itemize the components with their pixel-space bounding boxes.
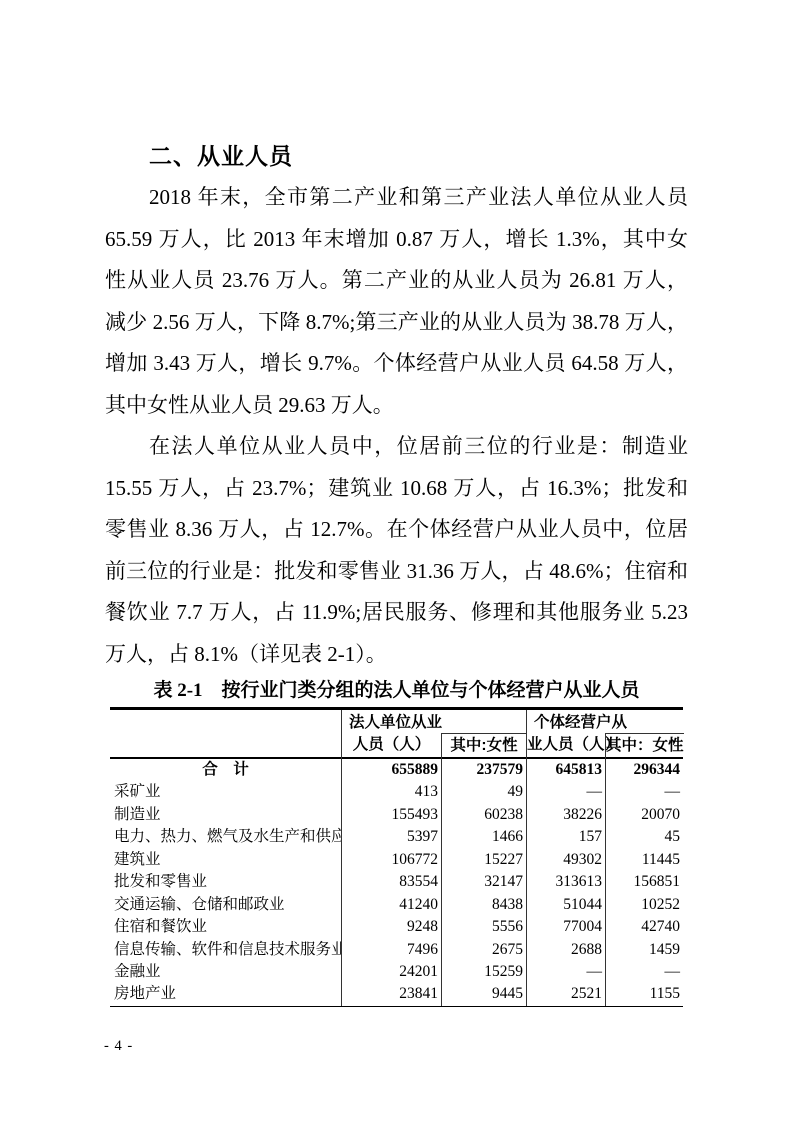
paragraph-line: 餐饮业 7.7 万人，占 11.9%;居民服务、修理和其他服务业 5.23 [105,592,688,634]
cell-value: 7496 [342,939,441,961]
cell-value: 15259 [441,961,526,983]
row-label: 批发和零售业 [110,871,342,893]
table-header: 法人单位从业 人员（人） 其中:女性 个体经营户从 业人员（人） 其中：女性 [110,710,683,759]
cell-value: 51044 [526,894,605,916]
table-body: 合 计655889237579645813296344采矿业41349——制造业… [110,759,683,1007]
employment-table: 法人单位从业 人员（人） 其中:女性 个体经营户从 业人员（人） 其中：女性 合… [110,707,683,1007]
header-self-employed-female: 其中：女性 [605,733,684,759]
body-paragraphs: 2018 年末，全市第二产业和第三产业法人单位从业人员65.59 万人，比 20… [105,177,688,675]
table-row: 住宿和餐饮业924855567700442740 [110,916,683,938]
cell-value: 1459 [605,939,683,961]
paragraph-line: 65.59 万人，比 2013 年末增加 0.87 万人，增长 1.3%，其中女 [105,219,688,261]
cell-value: — [526,961,605,983]
row-label: 建筑业 [110,849,342,871]
cell-value: 77004 [526,916,605,938]
table-row: 信息传输、软件和信息技术服务业7496267526881459 [110,939,683,961]
cell-value: 9445 [441,983,526,1005]
cell-value: 24201 [342,961,441,983]
page-number: - 4 - [104,1038,133,1055]
cell-value: 10252 [605,894,683,916]
paragraph-line: 零售业 8.36 万人，占 12.7%。在个体经营户从业人员中，位居 [105,509,688,551]
cell-value: 9248 [342,916,441,938]
cell-value: 49 [441,781,526,803]
cell-value: 155493 [342,804,441,826]
document-page: 二、从业人员 2018 年末，全市第二产业和第三产业法人单位从业人员65.59 … [0,0,793,1122]
table-row: 电力、热力、燃气及水生产和供应业5397146615745 [110,826,683,848]
table-row: 建筑业106772152274930211445 [110,849,683,871]
cell-value: 23841 [342,983,441,1005]
cell-value: 2675 [441,939,526,961]
header-legal-units-line1: 法人单位从业 [342,710,526,733]
cell-value: 11445 [605,849,683,871]
paragraph-line: 其中女性从业人员 29.63 万人。 [105,385,688,427]
cell-value: 645813 [526,759,605,781]
paragraph-line: 性从业人员 23.76 万人。第二产业的从业人员为 26.81 万人， [105,260,688,302]
header-self-employed-line2: 业人员（人） [527,733,605,759]
paragraph-line: 15.55 万人，占 23.7%；建筑业 10.68 万人，占 16.3%；批发… [105,468,688,510]
cell-value: 1155 [605,983,683,1005]
cell-value: 296344 [605,759,683,781]
table-row: 采矿业41349—— [110,781,683,803]
table-row: 房地产业23841944525211155 [110,983,683,1005]
paragraph-line: 前三位的行业是：批发和零售业 31.36 万人，占 48.6%；住宿和 [105,551,688,593]
row-label: 交通运输、仓储和邮政业 [110,894,342,916]
table-row: 交通运输、仓储和邮政业4124084385104410252 [110,894,683,916]
row-label: 金融业 [110,961,342,983]
header-legal-units-group: 法人单位从业 人员（人） 其中:女性 [342,710,526,759]
cell-value: — [605,781,683,803]
table-title: 表 2-1 按行业门类分组的法人单位与个体经营户从业人员 [105,675,688,707]
cell-value: 156851 [605,871,683,893]
cell-value: 83554 [342,871,441,893]
row-label: 制造业 [110,804,342,826]
table-row: 批发和零售业8355432147313613156851 [110,871,683,893]
section-heading: 二、从业人员 [105,136,688,177]
cell-value: 45 [605,826,683,848]
paragraph-line: 万人，占 8.1%（详见表 2-1）。 [105,634,688,676]
cell-value: 237579 [441,759,526,781]
cell-value: 1466 [441,826,526,848]
paragraph-line: 2018 年末，全市第二产业和第三产业法人单位从业人员 [105,177,688,219]
header-self-employed-group: 个体经营户从 业人员（人） 其中：女性 [526,710,683,759]
cell-value: 60238 [441,804,526,826]
row-label: 信息传输、软件和信息技术服务业 [110,939,342,961]
cell-value: 15227 [441,849,526,871]
row-label: 电力、热力、燃气及水生产和供应业 [110,826,342,848]
paragraph-line: 减少 2.56 万人，下降 8.7%;第三产业的从业人员为 38.78 万人， [105,302,688,344]
header-self-employed-line1: 个体经营户从 [527,710,683,733]
page-content: 二、从业人员 2018 年末，全市第二产业和第三产业法人单位从业人员65.59 … [105,136,688,1007]
table-row: 合 计655889237579645813296344 [110,759,683,781]
row-label: 住宿和餐饮业 [110,916,342,938]
row-label: 房地产业 [110,983,342,1005]
cell-value: 106772 [342,849,441,871]
header-legal-units-female: 其中:女性 [441,733,526,759]
cell-value: 655889 [342,759,441,781]
table-row: 金融业2420115259—— [110,961,683,983]
row-label: 合 计 [110,759,342,781]
cell-value: 5556 [441,916,526,938]
header-legal-units-line2: 人员（人） [342,733,441,759]
cell-value: 2521 [526,983,605,1005]
cell-value: 42740 [605,916,683,938]
cell-value: — [605,961,683,983]
cell-value: — [526,781,605,803]
cell-value: 2688 [526,939,605,961]
paragraph-line: 在法人单位从业人员中，位居前三位的行业是：制造业 [105,426,688,468]
cell-value: 32147 [441,871,526,893]
header-rowlabel-cell [110,710,342,759]
cell-value: 413 [342,781,441,803]
table-row: 制造业155493602383822620070 [110,804,683,826]
paragraph-line: 增加 3.43 万人，增长 9.7%。个体经营户从业人员 64.58 万人， [105,343,688,385]
cell-value: 313613 [526,871,605,893]
cell-value: 5397 [342,826,441,848]
cell-value: 38226 [526,804,605,826]
cell-value: 8438 [441,894,526,916]
cell-value: 20070 [605,804,683,826]
paragraph: 在法人单位从业人员中，位居前三位的行业是：制造业15.55 万人，占 23.7%… [105,426,688,675]
cell-value: 49302 [526,849,605,871]
paragraph: 2018 年末，全市第二产业和第三产业法人单位从业人员65.59 万人，比 20… [105,177,688,426]
row-label: 采矿业 [110,781,342,803]
cell-value: 41240 [342,894,441,916]
cell-value: 157 [526,826,605,848]
